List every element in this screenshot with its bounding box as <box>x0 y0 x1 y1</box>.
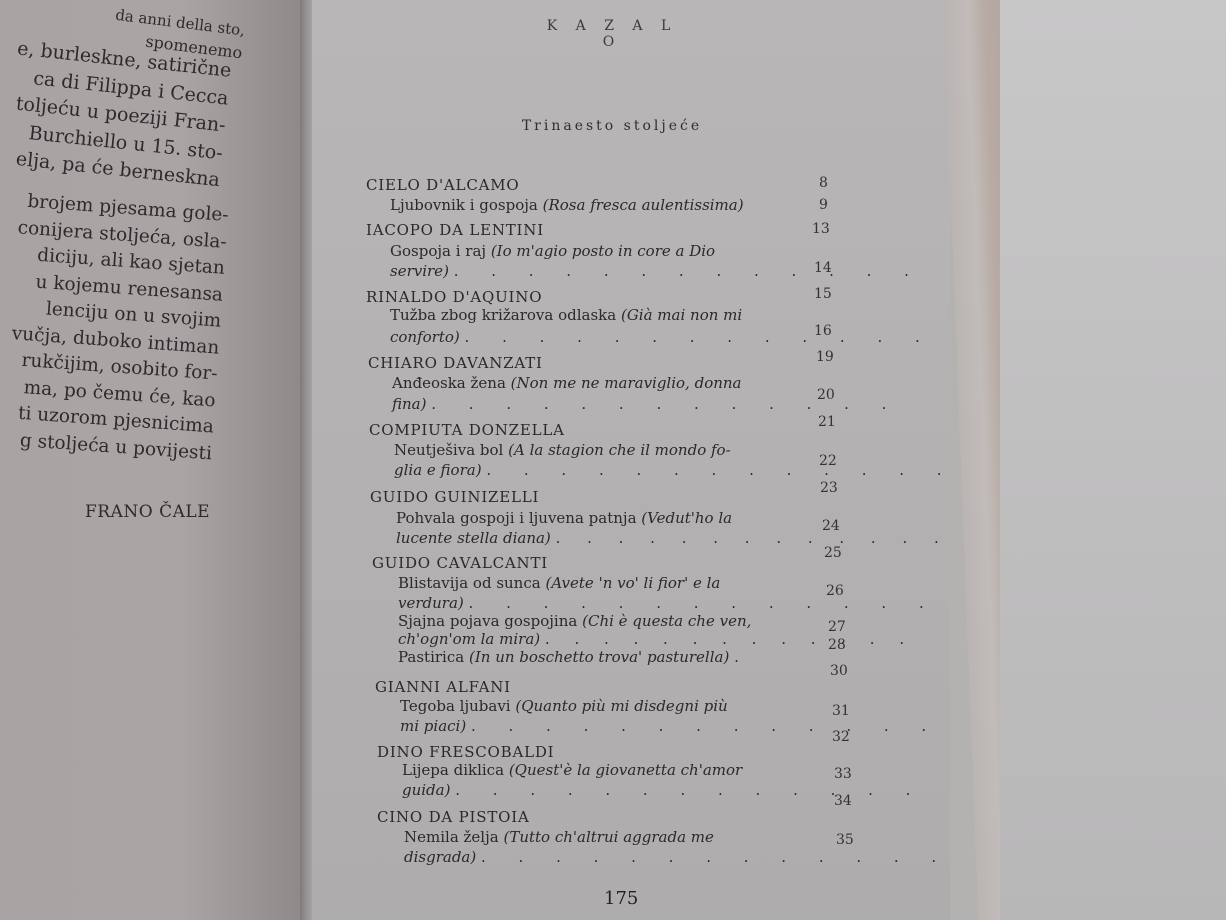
page-ref: 9 <box>819 197 828 213</box>
toc-work: Sjajna pojava gospojina (Chi è questa ch… <box>398 612 751 630</box>
work-original-title: (Rosa fresca aulentissima) <box>543 196 744 214</box>
page-ref: 24 <box>822 518 840 534</box>
work-original-title-cont: conforto) <box>390 328 460 346</box>
page-ref: 33 <box>834 766 852 782</box>
toc-work: Tužba zbog križarova odlaska (Già mai no… <box>390 306 742 324</box>
work-title: Ljubovnik i gospoja <box>390 196 538 214</box>
leader-dots: . . . . . . . . . . . . . <box>465 328 934 346</box>
leader-dots: . . . . . . . . . . . . . <box>454 262 923 280</box>
work-original-title: (Quanto più mi disdegni più <box>515 697 727 715</box>
page-number: 175 <box>604 888 638 909</box>
page-ref: 19 <box>816 349 834 365</box>
work-title: Nemila želja <box>404 828 499 846</box>
toc-author: GUIDO CAVALCANTI <box>372 554 548 572</box>
leader-dots: . . . . . . . . . . . . . <box>455 781 924 799</box>
page-ref: 16 <box>814 323 832 339</box>
work-original-title-cont: verdura) <box>398 594 464 612</box>
toc-work: Pastirica (In un boschetto trova' pastur… <box>398 648 739 666</box>
toc-author: DINO FRESCOBALDI <box>377 743 554 761</box>
toc-work: Anđeoska žena (Non me ne maraviglio, don… <box>392 374 742 392</box>
work-original-title-cont: ch'ogn'om la mira) <box>398 630 540 648</box>
toc-author: CIELO D'ALCAMO <box>366 176 520 194</box>
page-ref: 26 <box>826 583 844 599</box>
toc-work-cont: mi piaci) . . . . . . . . . . . . . <box>400 717 940 735</box>
work-title: Sjajna pojava gospojina <box>398 612 577 630</box>
leader-dots: . . . . . . . . . . . . . <box>486 461 955 479</box>
work-original-title-cont: glia e fiora) <box>394 461 482 479</box>
work-original-title: (A la stagion che il mondo fo- <box>508 441 731 459</box>
toc-author: IACOPO DA LENTINI <box>366 221 544 239</box>
work-original-title-cont: disgrada) <box>404 848 476 866</box>
toc-author: RINALDO D'AQUINO <box>366 288 542 306</box>
work-original-title-cont: guida) <box>402 781 450 799</box>
page-ref: 30 <box>830 663 848 679</box>
work-original-title: (Già mai non mi <box>621 306 742 324</box>
left-page-text-body-2: brojem pjesama gole- conijera stoljeća, … <box>0 186 229 467</box>
page-ref: 15 <box>814 286 832 302</box>
page-ref: 13 <box>812 221 830 237</box>
signature: FRANO ČALE <box>85 502 210 522</box>
page-ref: 25 <box>824 545 842 561</box>
page-ref: 28 <box>828 637 846 653</box>
toc-work-cont: servire) . . . . . . . . . . . . . <box>390 262 923 280</box>
toc-author: GIANNI ALFANI <box>375 678 511 696</box>
work-title: Tegoba ljubavi <box>400 697 511 715</box>
toc-author: CHIARO DAVANZATI <box>368 354 543 372</box>
work-title: Neutješiva bol <box>394 441 503 459</box>
page-ref: 22 <box>819 453 837 469</box>
toc-author: CINO DA PISTOIA <box>377 808 530 826</box>
right-page: K A Z A L O Trinaesto stoljeće CIELO D'A… <box>312 0 950 920</box>
page-ref: 21 <box>818 414 836 430</box>
page-ref: 8 <box>819 175 828 191</box>
toc-work-cont: conforto) . . . . . . . . . . . . . <box>390 328 934 346</box>
book-gutter <box>300 0 312 920</box>
leader-dots: . . . . . . . . . . . . . <box>556 529 950 547</box>
table-of-contents: K A Z A L O Trinaesto stoljeće CIELO D'A… <box>312 0 950 920</box>
work-title: Anđeoska žena <box>392 374 506 392</box>
work-original-title-cont: servire) <box>390 262 449 280</box>
work-title: Tužba zbog križarova odlaska <box>390 306 616 324</box>
work-original-title: (Quest'è la giovanetta ch'amor <box>509 761 742 779</box>
work-title: Lijepa diklica <box>402 761 504 779</box>
work-title: Gospoja i raj <box>390 242 486 260</box>
work-original-title-cont: fina) <box>392 395 426 413</box>
page-ref: 23 <box>820 480 838 496</box>
toc-work: Gospoja i raj (Io m'agio posto in core a… <box>390 242 715 260</box>
page-ref: 20 <box>817 387 835 403</box>
page-ref: 14 <box>814 260 832 276</box>
work-original-title: (Non me ne maraviglio, donna <box>511 374 742 392</box>
work-title: Pastirica <box>398 648 464 666</box>
toc-work: Blistavija od sunca (Avete 'n vo' li fio… <box>398 574 720 592</box>
work-title: Blistavija od sunca <box>398 574 541 592</box>
work-original-title: (Io m'agio posto in core a Dio <box>491 242 715 260</box>
page-ref: 34 <box>834 793 852 809</box>
toc-work: Nemila želja (Tutto ch'altrui aggrada me <box>404 828 714 846</box>
page-ref: 35 <box>836 832 854 848</box>
toc-work: Pohvala gospoji i ljuvena patnja (Vedut'… <box>396 509 732 527</box>
page-ref: 32 <box>832 729 850 745</box>
leader-dots: . . . . . . . . . . . . . <box>469 594 938 612</box>
toc-author: COMPIUTA DONZELLA <box>369 421 565 439</box>
work-original-title: (Vedut'ho la <box>641 509 732 527</box>
work-title: Pohvala gospoji i ljuvena patnja <box>396 509 637 527</box>
work-original-title: (Chi è questa che ven, <box>582 612 751 630</box>
leader-dots: . . . . . . . . . . . . . <box>481 848 950 866</box>
leader-dots: . . . . . . . . . . . . . <box>471 717 940 735</box>
toc-author: GUIDO GUINIZELLI <box>370 488 539 506</box>
page-title: K A Z A L O <box>532 18 692 50</box>
background-surface <box>1000 0 1226 920</box>
work-original-title-cont: mi piaci) <box>400 717 466 735</box>
toc-work: Neutješiva bol (A la stagion che il mond… <box>394 441 731 459</box>
work-original-title: (Tutto ch'altrui aggrada me <box>503 828 713 846</box>
toc-work-cont: glia e fiora) . . . . . . . . . . . . . <box>394 461 956 479</box>
section-heading: Trinaesto stoljeće <box>452 118 772 134</box>
page-ref: 31 <box>832 703 850 719</box>
toc-work: Lijepa diklica (Quest'è la giovanetta ch… <box>402 761 742 779</box>
work-original-title: (In un boschetto trova' pasturella) <box>469 648 729 666</box>
work-original-title: (Avete 'n vo' li fior' e la <box>545 574 720 592</box>
left-page: da anni della sto, spomenemo e, burleskn… <box>0 0 300 920</box>
toc-work: Tegoba ljubavi (Quanto più mi disdegni p… <box>400 697 728 715</box>
toc-work-cont: verdura) . . . . . . . . . . . . . <box>398 594 938 612</box>
leader-dots: . . . . . . . . . . . . . <box>545 630 914 648</box>
page-ref: 27 <box>828 619 846 635</box>
toc-work-cont: lucente stella diana) . . . . . . . . . … <box>396 529 950 547</box>
toc-work: Ljubovnik i gospoja (Rosa fresca aulenti… <box>390 196 744 214</box>
work-original-title-cont: lucente stella diana) <box>396 529 551 547</box>
toc-work-cont: disgrada) . . . . . . . . . . . . . <box>404 848 950 866</box>
